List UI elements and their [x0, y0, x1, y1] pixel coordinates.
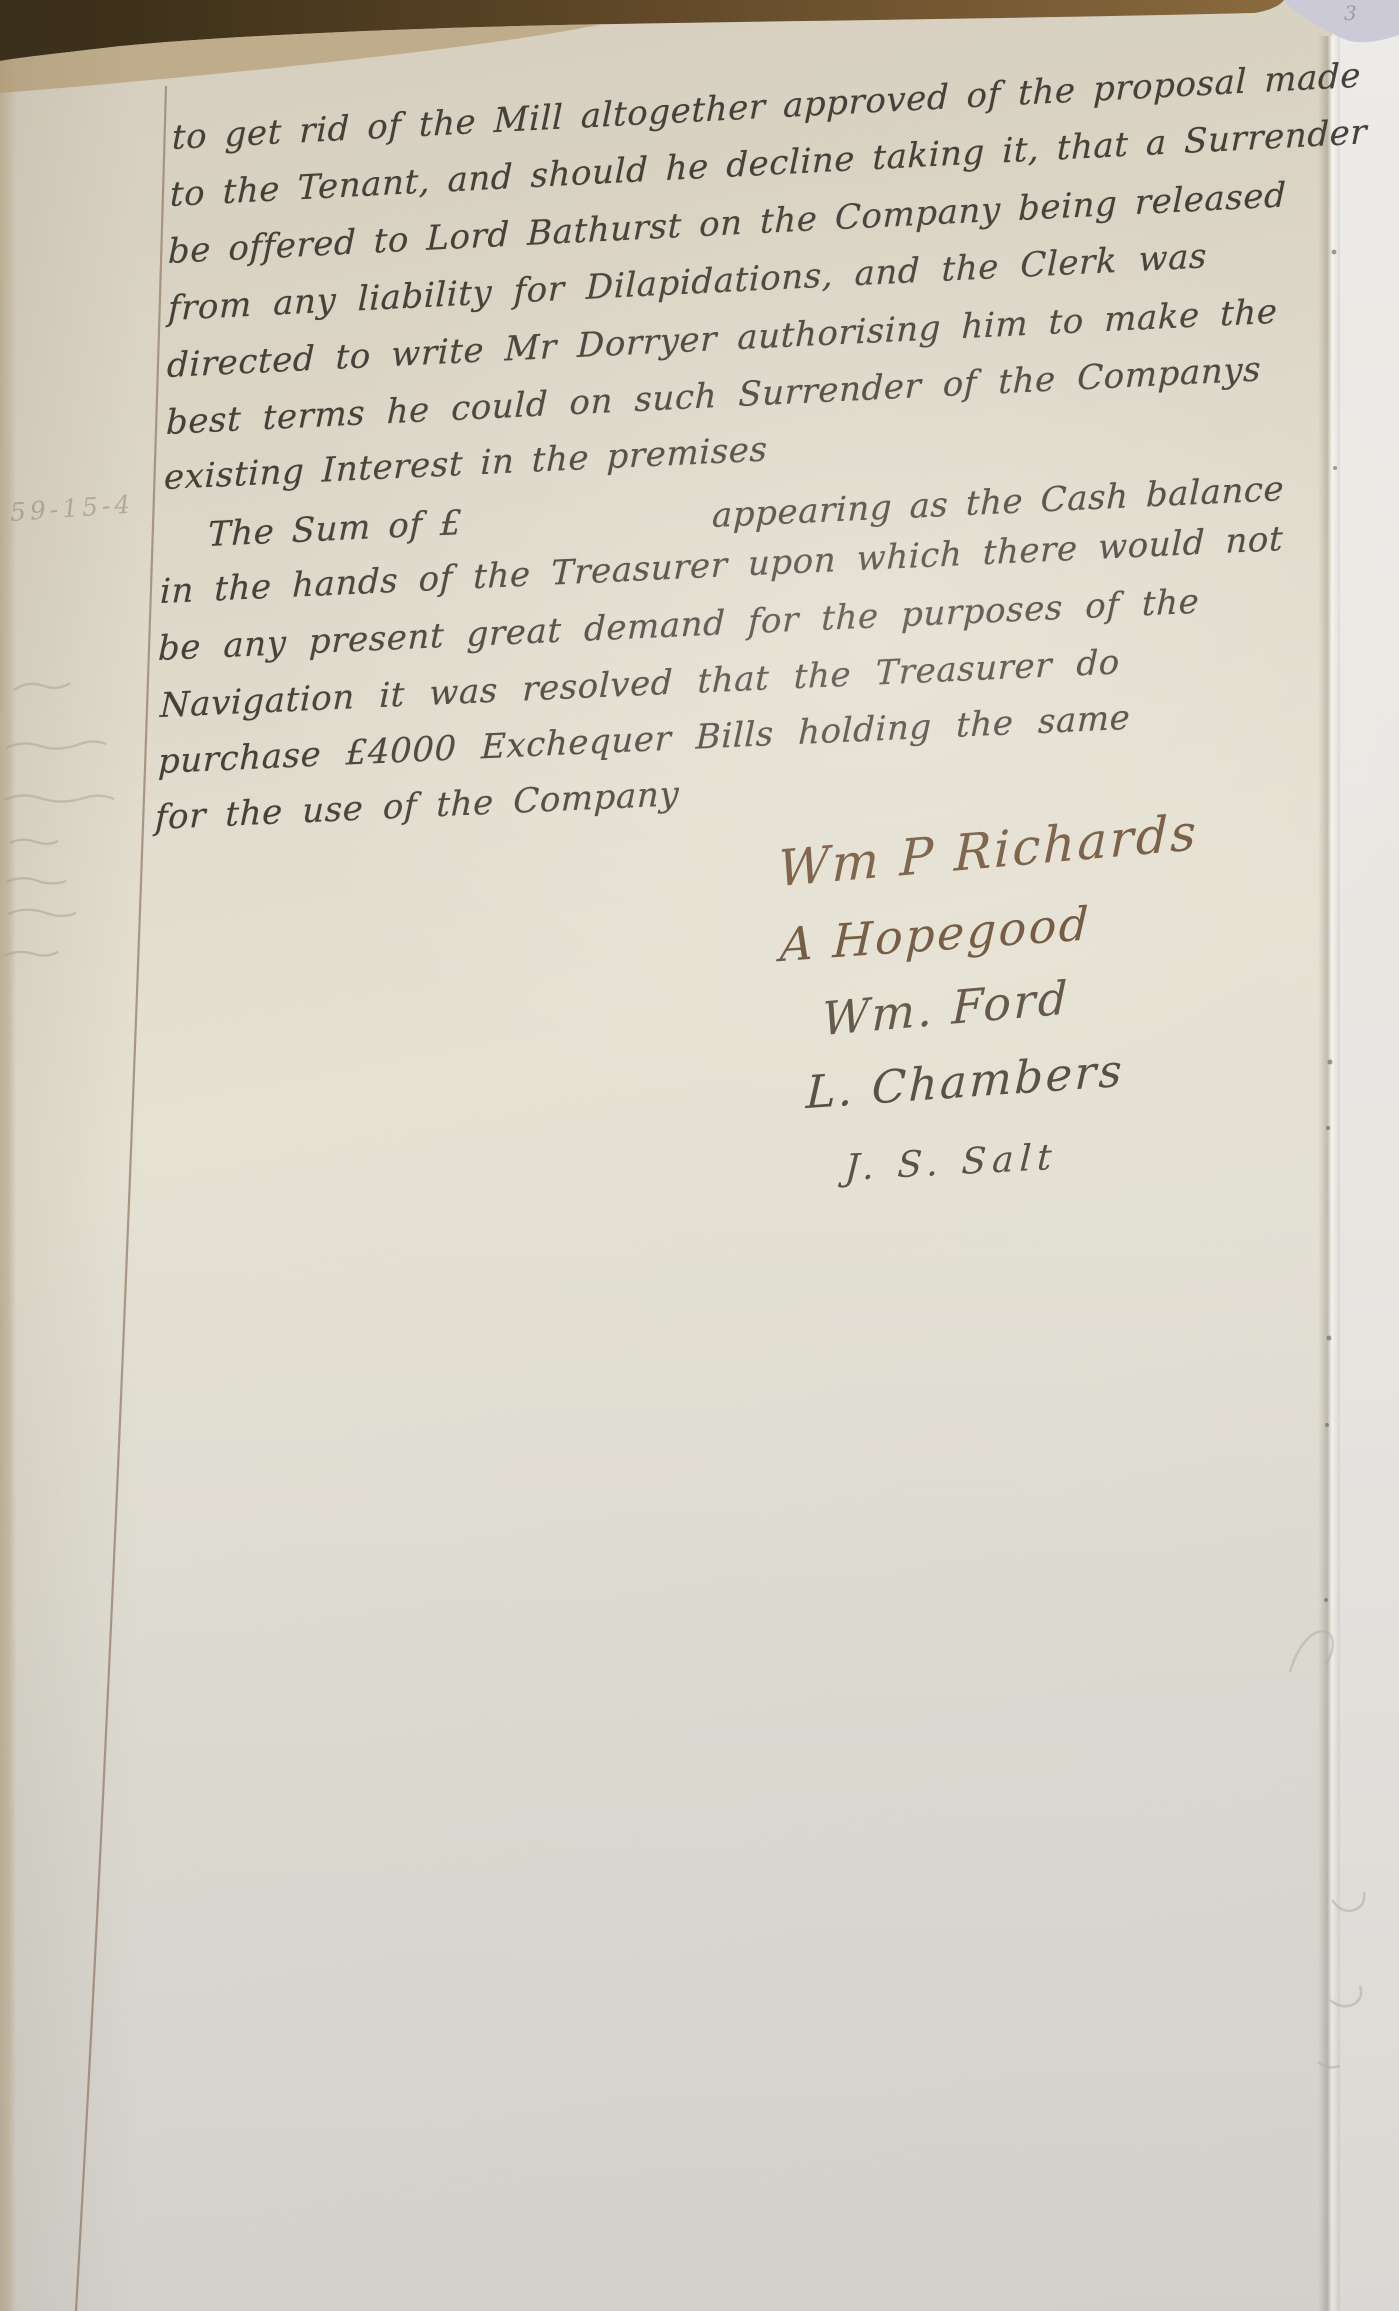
corner-page-number: 3 [1344, 1, 1357, 25]
page-gutter-crease [1318, 36, 1340, 2311]
signature: Wm P Richards [777, 803, 1198, 898]
signature: A Hopegood [779, 896, 1092, 972]
signature: L. Chambers [805, 1044, 1125, 1120]
binding-band-dark [0, 0, 1284, 61]
manuscript-line: existing Interest in the premises [164, 429, 768, 498]
manuscript-sum-prefix: The Sum of £ [208, 503, 463, 555]
signature: J. S. Salt [844, 1137, 1059, 1189]
margin-pencil-squiggles [4, 683, 114, 956]
margin-rule-line [76, 86, 166, 2311]
manuscript-page-photo: 3 59-15-4 to get rid of the Mill altoget… [0, 0, 1399, 2311]
manuscript-line: for the use of the Company [155, 774, 680, 838]
margin-cost-note: 59-15-4 [9, 489, 135, 527]
left-page-stack-edge [0, 0, 16, 2311]
facing-page-edge [1332, 0, 1399, 2311]
binding-band-tan [0, 24, 604, 93]
signature: Wm. Ford [822, 970, 1071, 1046]
